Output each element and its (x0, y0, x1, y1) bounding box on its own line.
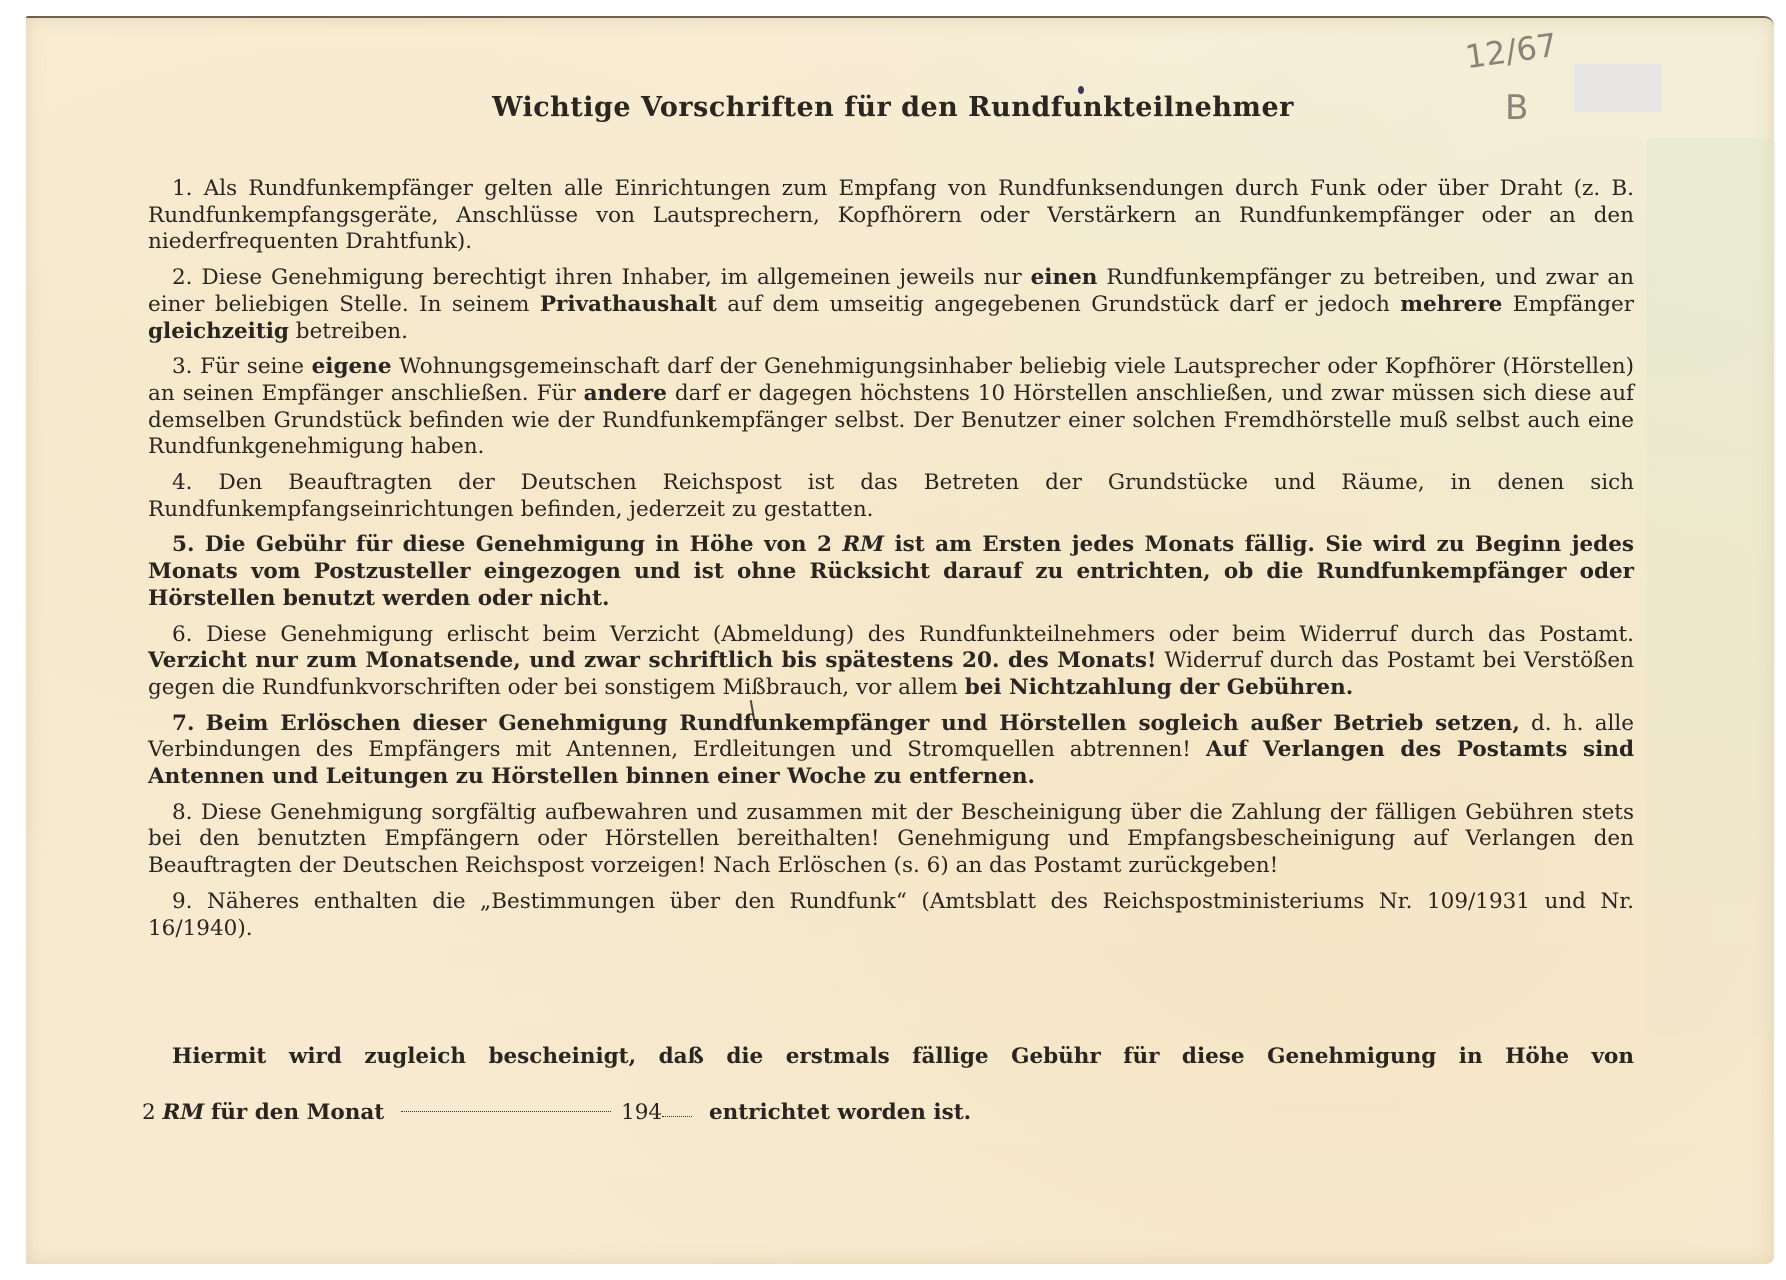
document-title: Wichtige Vorschriften für den Rundfunkte… (0, 92, 1786, 123)
regulation-paragraph-2: 2. Diese Genehmigung berechtigt ihren In… (148, 265, 1634, 345)
emphasis-text: Beim Erlöschen dieser Genehmigung Rundfu… (206, 711, 1520, 736)
currency-symbol: RM (163, 1100, 205, 1125)
emphasis-text: Privathaushalt (540, 292, 717, 317)
paragraph-number: 9. (172, 889, 193, 914)
paragraph-text: auf dem umseitig angegebenen Grundstück … (717, 292, 1400, 317)
emphasis-text: Verzicht nur zum Monatsende, und zwar sc… (148, 648, 1156, 673)
emphasis-text: einen (1031, 265, 1098, 290)
regulation-paragraph-1: 1. Als Rundfunkempfänger gelten alle Ein… (148, 176, 1634, 256)
show-through-stamp (1646, 138, 1776, 1038)
regulation-paragraph-5: 5. Die Gebühr für diese Genehmigung in H… (148, 532, 1634, 612)
payment-certification-text: Hiermit wird zugleich bescheinigt, daß d… (148, 1044, 1634, 1070)
emphasis-text: eigene (312, 354, 392, 379)
paragraph-number: 4. (172, 470, 193, 495)
year-prefix: 194 (621, 1100, 662, 1125)
payment-certification-line: 2 RM für den Monat 194 entrichtet worden… (142, 1100, 971, 1126)
closing-text: entrichtet worden ist. (709, 1100, 971, 1125)
regulation-paragraph-6: 6. Diese Genehmigung erlischt beim Verzi… (148, 622, 1634, 702)
regulations-list: 1. Als Rundfunkempfänger gelten alle Ein… (148, 176, 1634, 951)
paragraph-number: 5. (172, 532, 194, 557)
paragraph-text: betreiben. (289, 319, 408, 344)
regulation-paragraph-7: 7. Beim Erlöschen dieser Genehmigung Run… (148, 711, 1634, 791)
paragraph-number: 1. (172, 176, 193, 201)
month-label: für den Monat (211, 1100, 384, 1125)
paragraph-text: Diese Genehmigung erlischt beim Verzicht… (206, 622, 1634, 647)
paragraph-text: Den Beauftragten der Deutschen Reichspos… (148, 470, 1634, 522)
paragraph-text: Als Rundfunkempfänger gelten alle Einric… (148, 176, 1634, 254)
emphasis-text: bei Nichtzahlung der Gebühren. (965, 675, 1354, 700)
year-blank-field[interactable] (662, 1115, 692, 1117)
paragraph-number: 6. (172, 622, 193, 647)
paragraph-text: Diese Genehmigung sorgfältig aufbewahren… (148, 800, 1634, 878)
emphasis-text: mehrere (1400, 292, 1502, 317)
paragraph-number: 2. (172, 265, 193, 290)
regulation-paragraph-9: 9. Näheres enthalten die „Bestimmungen ü… (148, 889, 1634, 942)
currency-symbol: RM (842, 532, 884, 557)
month-blank-field[interactable] (401, 1110, 611, 1112)
paragraph-text: Näheres enthalten die „Bestimmungen über… (148, 889, 1634, 941)
regulation-paragraph-3: 3. Für seine eigene Wohnungsgemeinschaft… (148, 354, 1634, 461)
emphasis-text: gleichzeitig (148, 319, 289, 344)
regulation-paragraph-4: 4. Den Beauftragten der Deutschen Reichs… (148, 470, 1634, 523)
paragraph-text: Diese Genehmigung berechtigt ihren Inhab… (201, 265, 1030, 290)
paragraph-number: 3. (172, 354, 193, 379)
paragraph-text: Die Gebühr für diese Genehmigung in Höhe… (205, 532, 842, 557)
emphasis-text: andere (584, 381, 667, 406)
regulation-paragraph-8: 8. Diese Genehmigung sorgfältig aufbewah… (148, 800, 1634, 880)
paragraph-number: 8. (172, 800, 193, 825)
paragraph-number: 7. (172, 711, 194, 736)
paragraph-text: Für seine (200, 354, 311, 379)
paragraph-text: Empfänger (1502, 292, 1634, 317)
fee-amount: 2 (142, 1100, 156, 1125)
